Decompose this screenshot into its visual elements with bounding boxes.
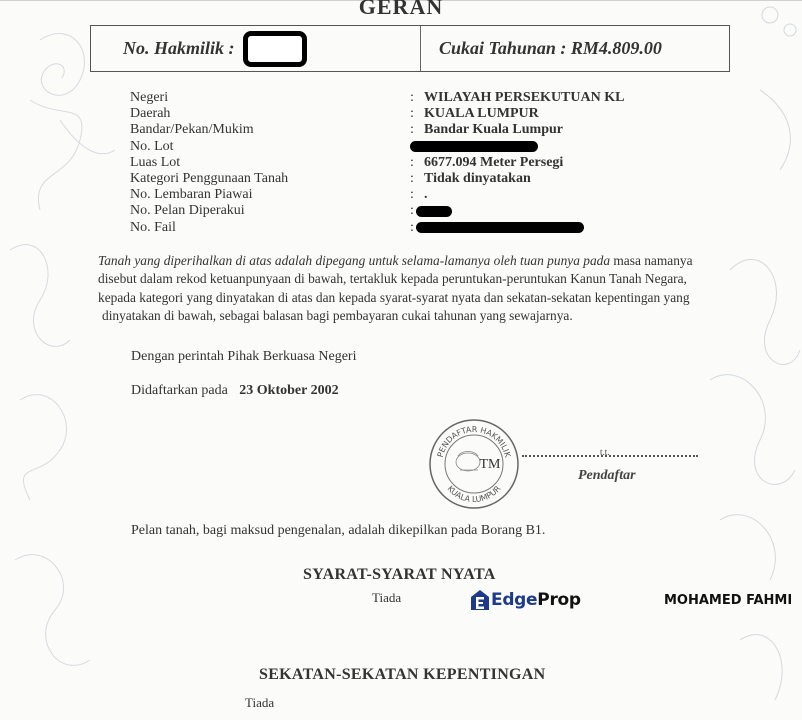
title-number-redaction bbox=[243, 31, 307, 67]
registered-line: Didaftarkan pada 23 Oktober 2002 bbox=[131, 383, 339, 399]
paragraph-line2: disebut dalam rekod ketuanpunyaan di baw… bbox=[98, 270, 730, 288]
paragraph-line1-rest: masa namanya bbox=[610, 253, 693, 268]
field-row: No. Fail: bbox=[130, 220, 624, 236]
edgeprop-house-icon bbox=[470, 589, 490, 611]
edgeprop-watermark: EdgeProp bbox=[470, 589, 581, 611]
field-value-text: 6677.094 Meter Persegi bbox=[424, 155, 563, 171]
document-title: GERAN bbox=[0, 0, 802, 20]
field-label: Bandar/Pekan/Mukim bbox=[130, 122, 410, 138]
title-number-label: No. Hakmilik : bbox=[123, 38, 235, 59]
field-row: Bandar/Pekan/Mukim:Bandar Kuala Lumpur bbox=[130, 122, 624, 138]
title-number-cell: No. Hakmilik : bbox=[91, 26, 421, 71]
field-label: No. Fail bbox=[130, 220, 410, 236]
field-value: : bbox=[410, 203, 452, 219]
registered-date: 23 Oktober 2002 bbox=[239, 383, 338, 398]
paragraph-line3: kepada kategori yang dinyatakan di atas … bbox=[98, 289, 730, 307]
land-details: Negeri:WILAYAH PERSEKUTUAN KLDaerah:KUAL… bbox=[130, 90, 624, 236]
svg-text:KUALA LUMPUR: KUALA LUMPUR bbox=[445, 484, 502, 504]
field-value-text: Tidak dinyatakan bbox=[424, 171, 531, 187]
field-value-text: WILAYAH PERSEKUTUAN KL bbox=[424, 90, 624, 106]
redaction-bar bbox=[416, 222, 584, 233]
signature-label: Pendaftar bbox=[578, 468, 636, 484]
edgeprop-edge-text: Edge bbox=[491, 590, 537, 610]
authority-text: Dengan perintah Pihak Berkuasa Negeri bbox=[131, 349, 356, 365]
field-row: Negeri:WILAYAH PERSEKUTUAN KL bbox=[130, 90, 624, 106]
field-row: No. Lembaran Piawai:. bbox=[130, 187, 624, 203]
edgeprop-prop-text: Prop bbox=[537, 590, 581, 610]
signature-mark: t.t. bbox=[600, 447, 610, 457]
header-box: No. Hakmilik : Cukai Tahunan : RM4.809.0… bbox=[90, 25, 730, 72]
signature-line bbox=[522, 455, 698, 457]
ornament-right-icon bbox=[700, 0, 802, 720]
field-label: Kategori Penggunaan Tanah bbox=[130, 171, 410, 187]
field-value: :. bbox=[410, 187, 428, 203]
redaction-bar bbox=[416, 206, 452, 217]
field-value-text: . bbox=[424, 187, 428, 203]
plan-note: Pelan tanah, bagi maksud pengenalan, ada… bbox=[131, 523, 545, 539]
field-label: Luas Lot bbox=[130, 155, 410, 171]
paragraph-italic: Tanah yang diperihalkan di atas adalah d… bbox=[98, 253, 610, 268]
field-label: Negeri bbox=[130, 90, 410, 106]
express-conditions-value: Tiada bbox=[372, 590, 401, 606]
field-value: :Tidak dinyatakan bbox=[410, 171, 531, 187]
paragraph-line4: dinyatakan di bawah, sebagai balasan bag… bbox=[98, 307, 730, 325]
field-row: No. Pelan Diperakui: bbox=[130, 203, 624, 219]
field-row: Luas Lot:6677.094 Meter Persegi bbox=[130, 155, 624, 171]
agent-name: MOHAMED FAHMI bbox=[664, 593, 792, 608]
field-value-text: Bandar Kuala Lumpur bbox=[424, 122, 563, 138]
field-label: No. Lembaran Piawai bbox=[130, 187, 410, 203]
field-value bbox=[410, 139, 538, 155]
field-value: :KUALA LUMPUR bbox=[410, 106, 539, 122]
registered-label: Didaftarkan pada bbox=[131, 383, 228, 398]
field-label: No. Lot bbox=[130, 139, 410, 155]
field-row: Daerah:KUALA LUMPUR bbox=[130, 106, 624, 122]
field-row: No. Lot bbox=[130, 139, 624, 155]
registrar-seal-icon: PENDAFTAR HAKMILIK KUALA LUMPUR TM bbox=[428, 418, 520, 510]
annual-tax-cell: Cukai Tahunan : RM4.809.00 bbox=[421, 26, 729, 71]
redaction-bar bbox=[410, 141, 538, 152]
express-conditions-heading: SYARAT-SYARAT NYATA bbox=[303, 566, 496, 584]
field-value: :WILAYAH PERSEKUTUAN KL bbox=[410, 90, 624, 106]
field-value: : bbox=[410, 220, 584, 236]
field-value: :Bandar Kuala Lumpur bbox=[410, 122, 563, 138]
field-row: Kategori Penggunaan Tanah:Tidak dinyatak… bbox=[130, 171, 624, 187]
restrictions-value: Tiada bbox=[245, 695, 274, 711]
restrictions-heading: SEKATAN-SEKATAN KEPENTINGAN bbox=[259, 666, 546, 684]
ownership-paragraph: Tanah yang diperihalkan di atas adalah d… bbox=[98, 252, 730, 326]
field-value: :6677.094 Meter Persegi bbox=[410, 155, 563, 171]
svg-text:TM: TM bbox=[480, 457, 502, 472]
ornament-left-icon bbox=[0, 0, 130, 720]
field-value-text: KUALA LUMPUR bbox=[424, 106, 539, 122]
field-label: No. Pelan Diperakui bbox=[130, 203, 410, 219]
annual-tax-label: Cukai Tahunan : RM4.809.00 bbox=[439, 38, 662, 59]
field-label: Daerah bbox=[130, 106, 410, 122]
